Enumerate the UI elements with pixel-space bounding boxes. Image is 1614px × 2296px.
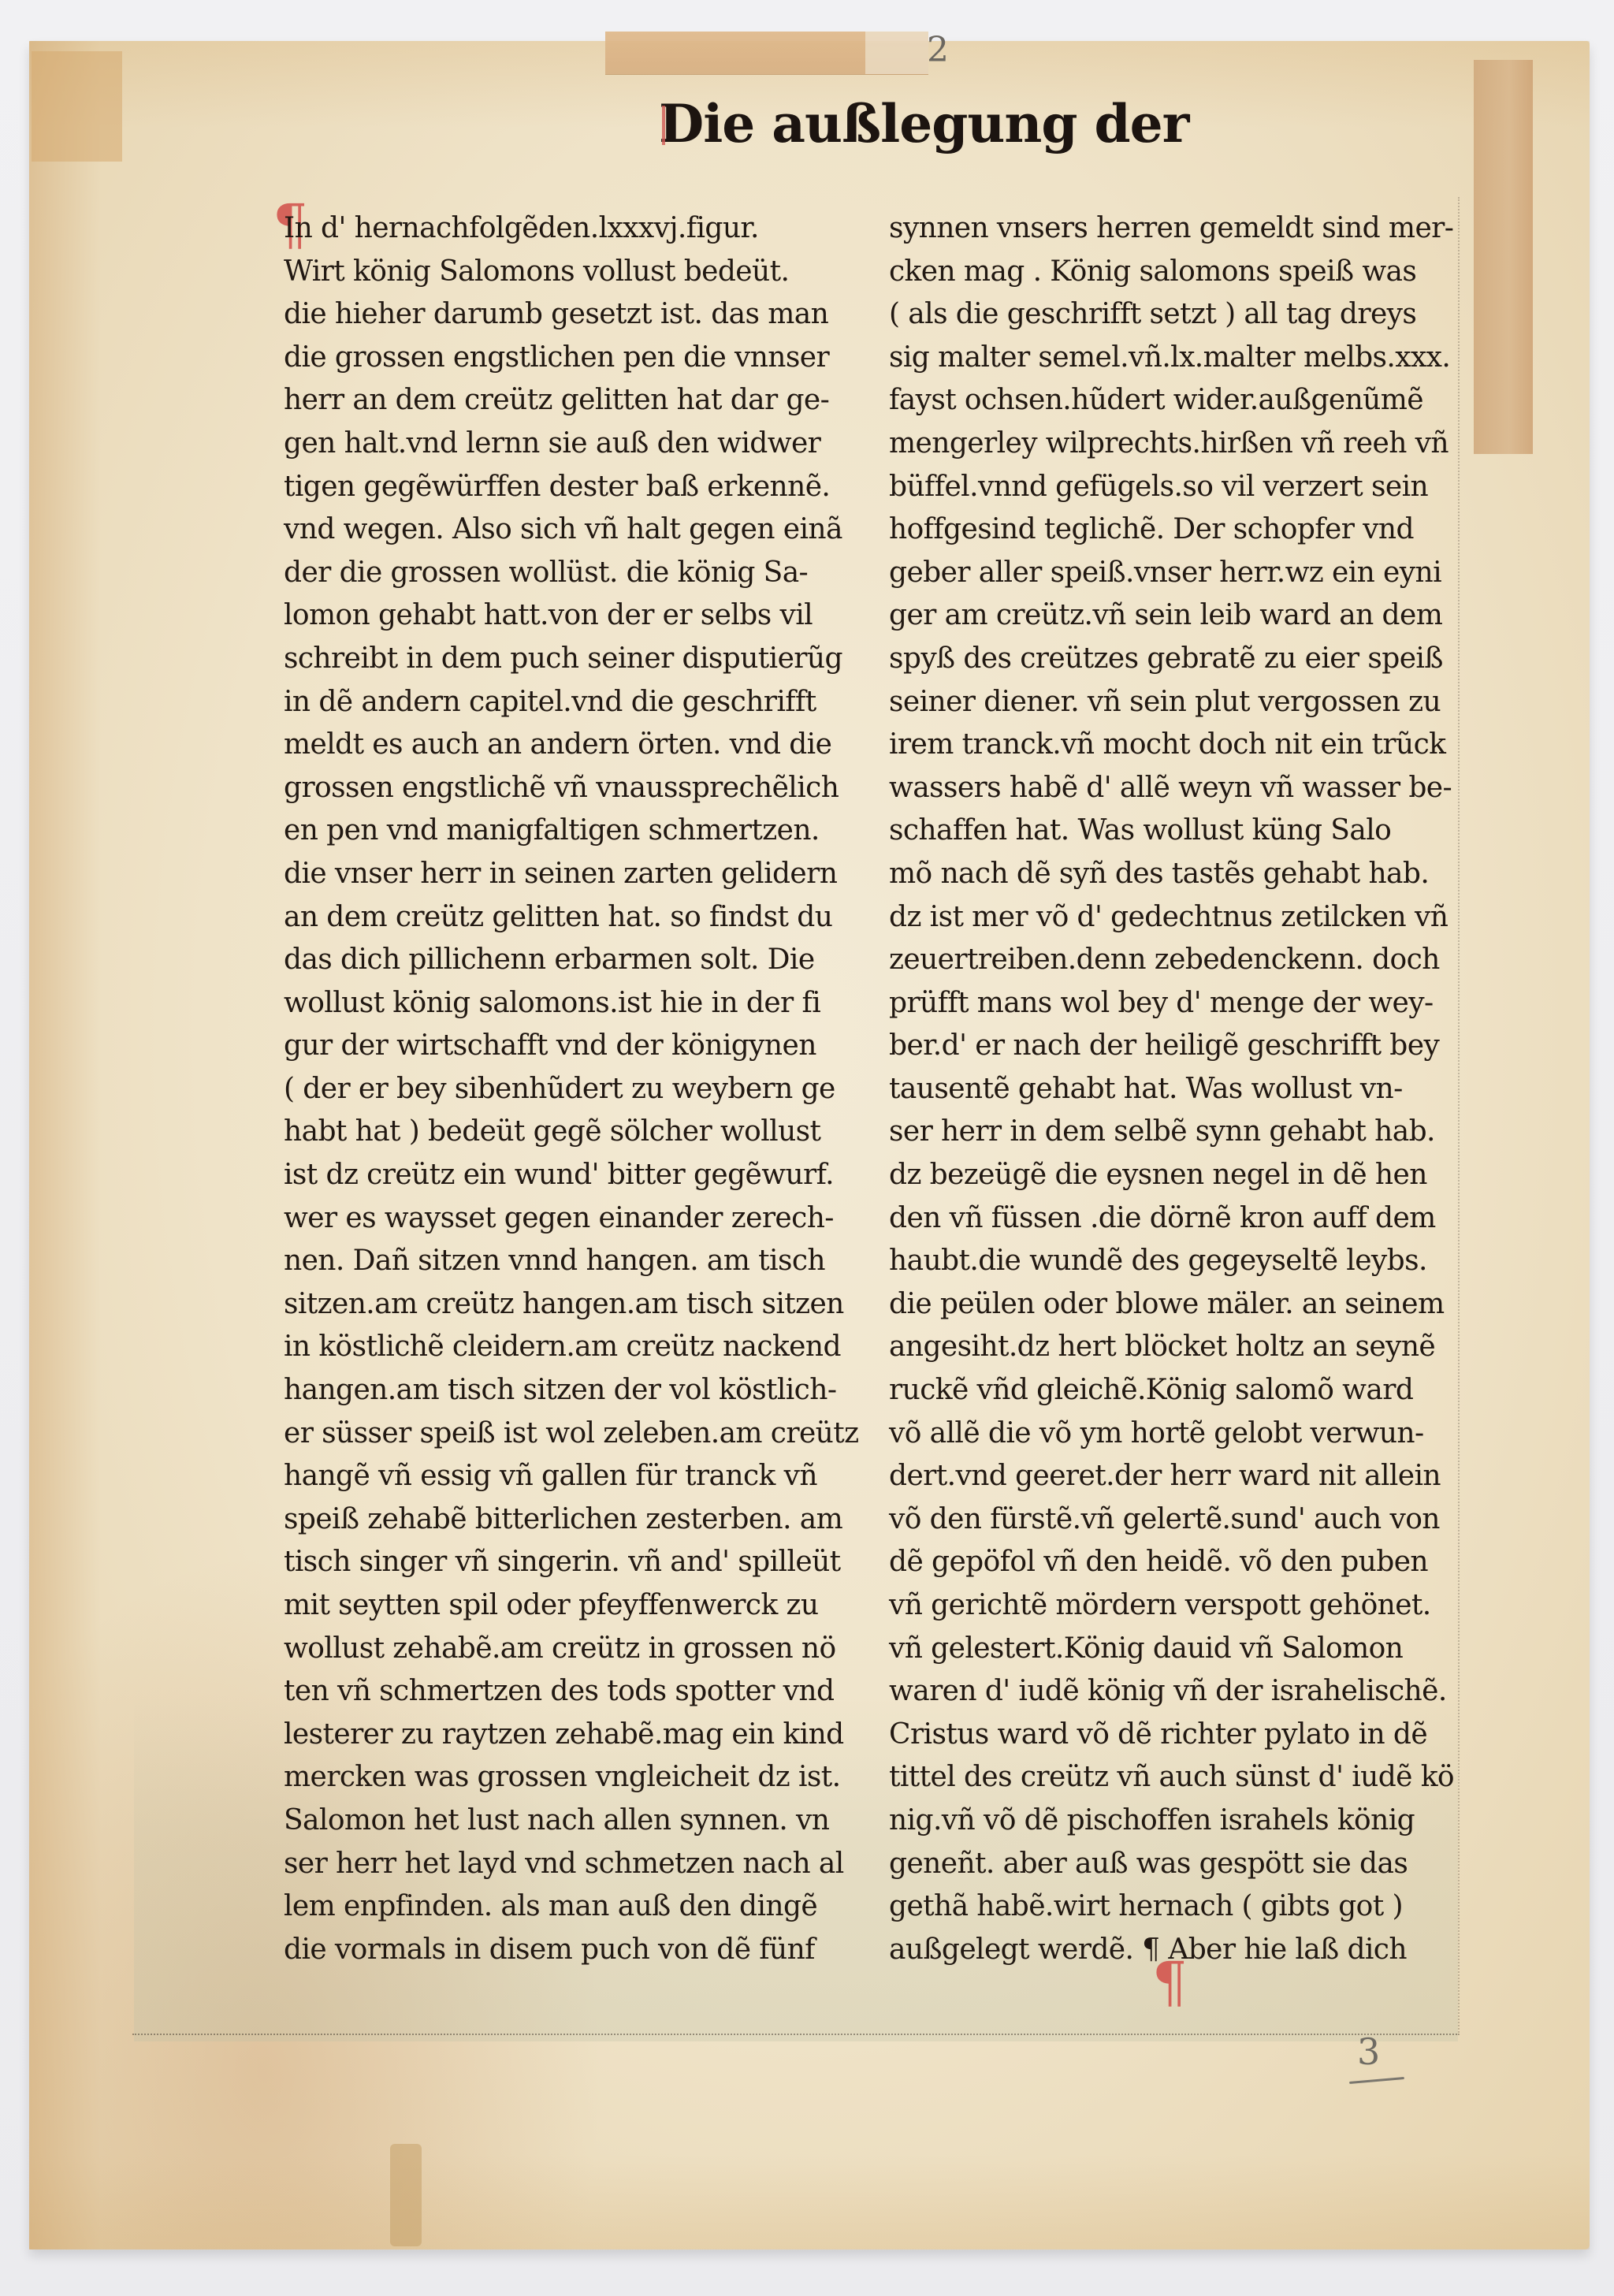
- text-line: prüfft mans wol bey d' menge der wey-: [889, 982, 1456, 1025]
- text-line: dz ist mer võ d' gedechtnus zetilcken vñ: [889, 896, 1456, 940]
- text-line: lesterer zu raytzen zehabẽ.mag ein kind: [284, 1714, 851, 1757]
- running-head: Die außlegung der: [659, 93, 1188, 154]
- text-line: mengerley wilprechts.hirßen vñ reeh vñ: [889, 422, 1456, 466]
- text-line: geneñt. aber auß was gespött sie das: [889, 1843, 1456, 1886]
- text-line: wollust zehabẽ.am creütz in grossen nö: [284, 1628, 851, 1671]
- text-line: er süsser speiß ist wol zeleben.am creüt…: [284, 1412, 851, 1456]
- text-line: die vormals in disem puch von dẽ fünf: [284, 1929, 851, 1972]
- text-line: büffel.vnnd gefügels.so vil verzert sein: [889, 466, 1456, 509]
- text-line: geber aller speiß.vnser herr.wz ein eyni: [889, 552, 1456, 595]
- text-line: vñ gelestert.König dauid vñ Salomon: [889, 1628, 1456, 1671]
- text-line: das dich pillichenn erbarmen solt. Die: [284, 939, 851, 982]
- text-line: gen halt.vnd lernn sie auß den widwer: [284, 422, 851, 466]
- text-line: ber.d' er nach der heiligẽ geschrifft be…: [889, 1025, 1456, 1068]
- text-line: nig.vñ võ dẽ pischoffen israhels könig: [889, 1799, 1456, 1843]
- text-line: tausentẽ gehabt hat. Was wollust vn-: [889, 1068, 1456, 1111]
- text-line: dz bezeügẽ die eysnen negel in dẽ hen: [889, 1154, 1456, 1197]
- hinge-tape-top: [605, 32, 928, 75]
- hinge-tape-left: [32, 51, 122, 162]
- text-line: lomon gehabt hatt.von der er selbs vil: [284, 594, 851, 638]
- text-line: tittel des creütz vñ auch sünst d' iudẽ …: [889, 1756, 1456, 1799]
- text-line: vnd wegen. Also sich vñ halt gegen einã: [284, 508, 851, 552]
- paragraph-mark-icon: ¶: [1152, 1955, 1188, 2010]
- text-line: võ allẽ die võ ym hortẽ gelobt verwun-: [889, 1412, 1456, 1456]
- running-head-text: Die außlegung der: [659, 93, 1188, 154]
- text-line: en pen vnd manigfaltigen schmertzen.: [284, 809, 851, 853]
- text-line: ist dz creütz ein wund' bitter gegẽwurf.: [284, 1154, 851, 1197]
- text-line: Salomon het lust nach allen synnen. vn: [284, 1799, 851, 1843]
- text-line: schaffen hat. Was wollust küng Salo: [889, 809, 1456, 853]
- text-line: waren d' iudẽ könig vñ der israhelischẽ.: [889, 1670, 1456, 1714]
- text-line: ser herr in dem selbẽ synn gehabt hab.: [889, 1111, 1456, 1154]
- text-line: mit seytten spil oder pfeyffenwerck zu: [284, 1584, 851, 1628]
- text-line: fayst ochsen.hũdert wider.außgenũmẽ: [889, 379, 1456, 422]
- text-line: meldt es auch an andern örten. vnd die: [284, 724, 851, 767]
- water-stain: [390, 2144, 422, 2246]
- text-line: In d' hernachfolgẽden.lxxxvj.figur.: [284, 207, 851, 251]
- text-line: cken mag . König salomons speiß was: [889, 251, 1456, 294]
- text-line: sitzen.am creütz hangen.am tisch sitzen: [284, 1283, 851, 1327]
- text-line: nen. Dañ sitzen vnnd hangen. am tisch: [284, 1240, 851, 1283]
- text-line: habt hat ) bedeüt gegẽ sölcher wollust: [284, 1111, 851, 1154]
- text-line: angesiht.dz hert blöcket holtz an seynẽ: [889, 1326, 1456, 1369]
- text-line: dert.vnd geeret.der herr ward nit allein: [889, 1455, 1456, 1498]
- text-line: in köstlichẽ cleidern.am creütz nackend: [284, 1326, 851, 1369]
- text-line: dẽ gepöfol vñ den heidẽ. võ den puben: [889, 1541, 1456, 1584]
- text-line: hangẽ vñ essig vñ gallen für tranck vñ: [284, 1455, 851, 1498]
- pencil-page-number: 2: [927, 33, 949, 68]
- text-line: den vñ füssen .die dörnẽ kron auff dem: [889, 1197, 1456, 1241]
- text-line: die vnser herr in seinen zarten gelidern: [284, 853, 851, 896]
- text-line: ruckẽ vñd gleichẽ.König salomõ ward: [889, 1369, 1456, 1412]
- text-column-left: In d' hernachfolgẽden.lxxxvj.figur. Wirt…: [284, 207, 851, 1971]
- pencil-folio-number: 3: [1357, 2034, 1380, 2070]
- rubric-stroke: [662, 106, 665, 145]
- text-line: mõ nach dẽ syñ des tastẽs gehabt hab.: [889, 853, 1456, 896]
- text-line: lem enpfinden. als man auß den dingẽ: [284, 1885, 851, 1929]
- text-column-right: synnen vnsers herren gemeldt sind mer- c…: [889, 207, 1456, 1971]
- text-line: võ den fürstẽ.vñ gelertẽ.sund' auch von: [889, 1498, 1456, 1542]
- text-line: wollust könig salomons.ist hie in der fi: [284, 982, 851, 1025]
- text-line: ger am creütz.vñ sein leib ward an dem: [889, 594, 1456, 638]
- text-line: hoffgesind teglichẽ. Der schopfer vnd: [889, 508, 1456, 552]
- text-line: spyß des creützes gebratẽ zu eier speiß: [889, 638, 1456, 681]
- text-line: in dẽ andern capitel.vnd die geschrifft: [284, 681, 851, 724]
- text-line: ( der er bey sibenhũdert zu weybern ge: [284, 1068, 851, 1111]
- hinge-tape-clear-section: [865, 32, 928, 74]
- text-line: herr an dem creütz gelitten hat dar ge-: [284, 379, 851, 422]
- text-line: haubt.die wundẽ des gegeyseltẽ leybs.: [889, 1240, 1456, 1283]
- text-line: irem tranck.vñ mocht doch nit ein trũck: [889, 724, 1456, 767]
- text-line: gur der wirtschafft vnd der königynen: [284, 1025, 851, 1068]
- text-line: ten vñ schmertzen des tods spotter vnd: [284, 1670, 851, 1714]
- text-line: die peülen oder blowe mäler. an seinem: [889, 1283, 1456, 1327]
- text-line: grossen engstlichẽ vñ vnaussprechẽlich: [284, 767, 851, 810]
- text-line: synnen vnsers herren gemeldt sind mer-: [889, 207, 1456, 251]
- hinge-tape-right: [1474, 60, 1533, 454]
- text-line: zeuertreiben.denn zebedenckenn. doch: [889, 939, 1456, 982]
- text-line: wassers habẽ d' allẽ weyn vñ wasser be-: [889, 767, 1456, 810]
- text-line: gethã habẽ.wirt hernach ( gibts got ): [889, 1885, 1456, 1929]
- text-line: speiß zehabẽ bitterlichen zesterben. am: [284, 1498, 851, 1542]
- text-line: wer es waysset gegen einander zerech-: [284, 1197, 851, 1241]
- text-line: hangen.am tisch sitzen der vol köstlich-: [284, 1369, 851, 1412]
- text-line: schreibt in dem puch seiner disputierũg: [284, 638, 851, 681]
- text-line: Wirt könig Salomons vollust bedeüt.: [284, 251, 851, 294]
- text-line: vñ gerichtẽ mördern verspott gehönet.: [889, 1584, 1456, 1628]
- text-line: seiner diener. vñ sein plut vergossen zu: [889, 681, 1456, 724]
- text-line: ser herr het layd vnd schmetzen nach al: [284, 1843, 851, 1886]
- text-line: der die grossen wollüst. die könig Sa-: [284, 552, 851, 595]
- text-line: an dem creütz gelitten hat. so findst du: [284, 896, 851, 940]
- text-line: tisch singer vñ singerin. vñ and' spille…: [284, 1541, 851, 1584]
- text-line: ( als die geschrifft setzt ) all tag dre…: [889, 293, 1456, 337]
- text-line: die hieher darumb gesetzt ist. das man: [284, 293, 851, 337]
- text-line: sig malter semel.vñ.lx.malter melbs.xxx.: [889, 337, 1456, 380]
- text-line: die grossen engstlichen pen die vnnser: [284, 337, 851, 380]
- text-line: tigen gegẽwürffen dester baß erkennẽ.: [284, 466, 851, 509]
- text-line: mercken was grossen vngleicheit dz ist.: [284, 1756, 851, 1799]
- text-line: Cristus ward võ dẽ richter pylato in dẽ: [889, 1714, 1456, 1757]
